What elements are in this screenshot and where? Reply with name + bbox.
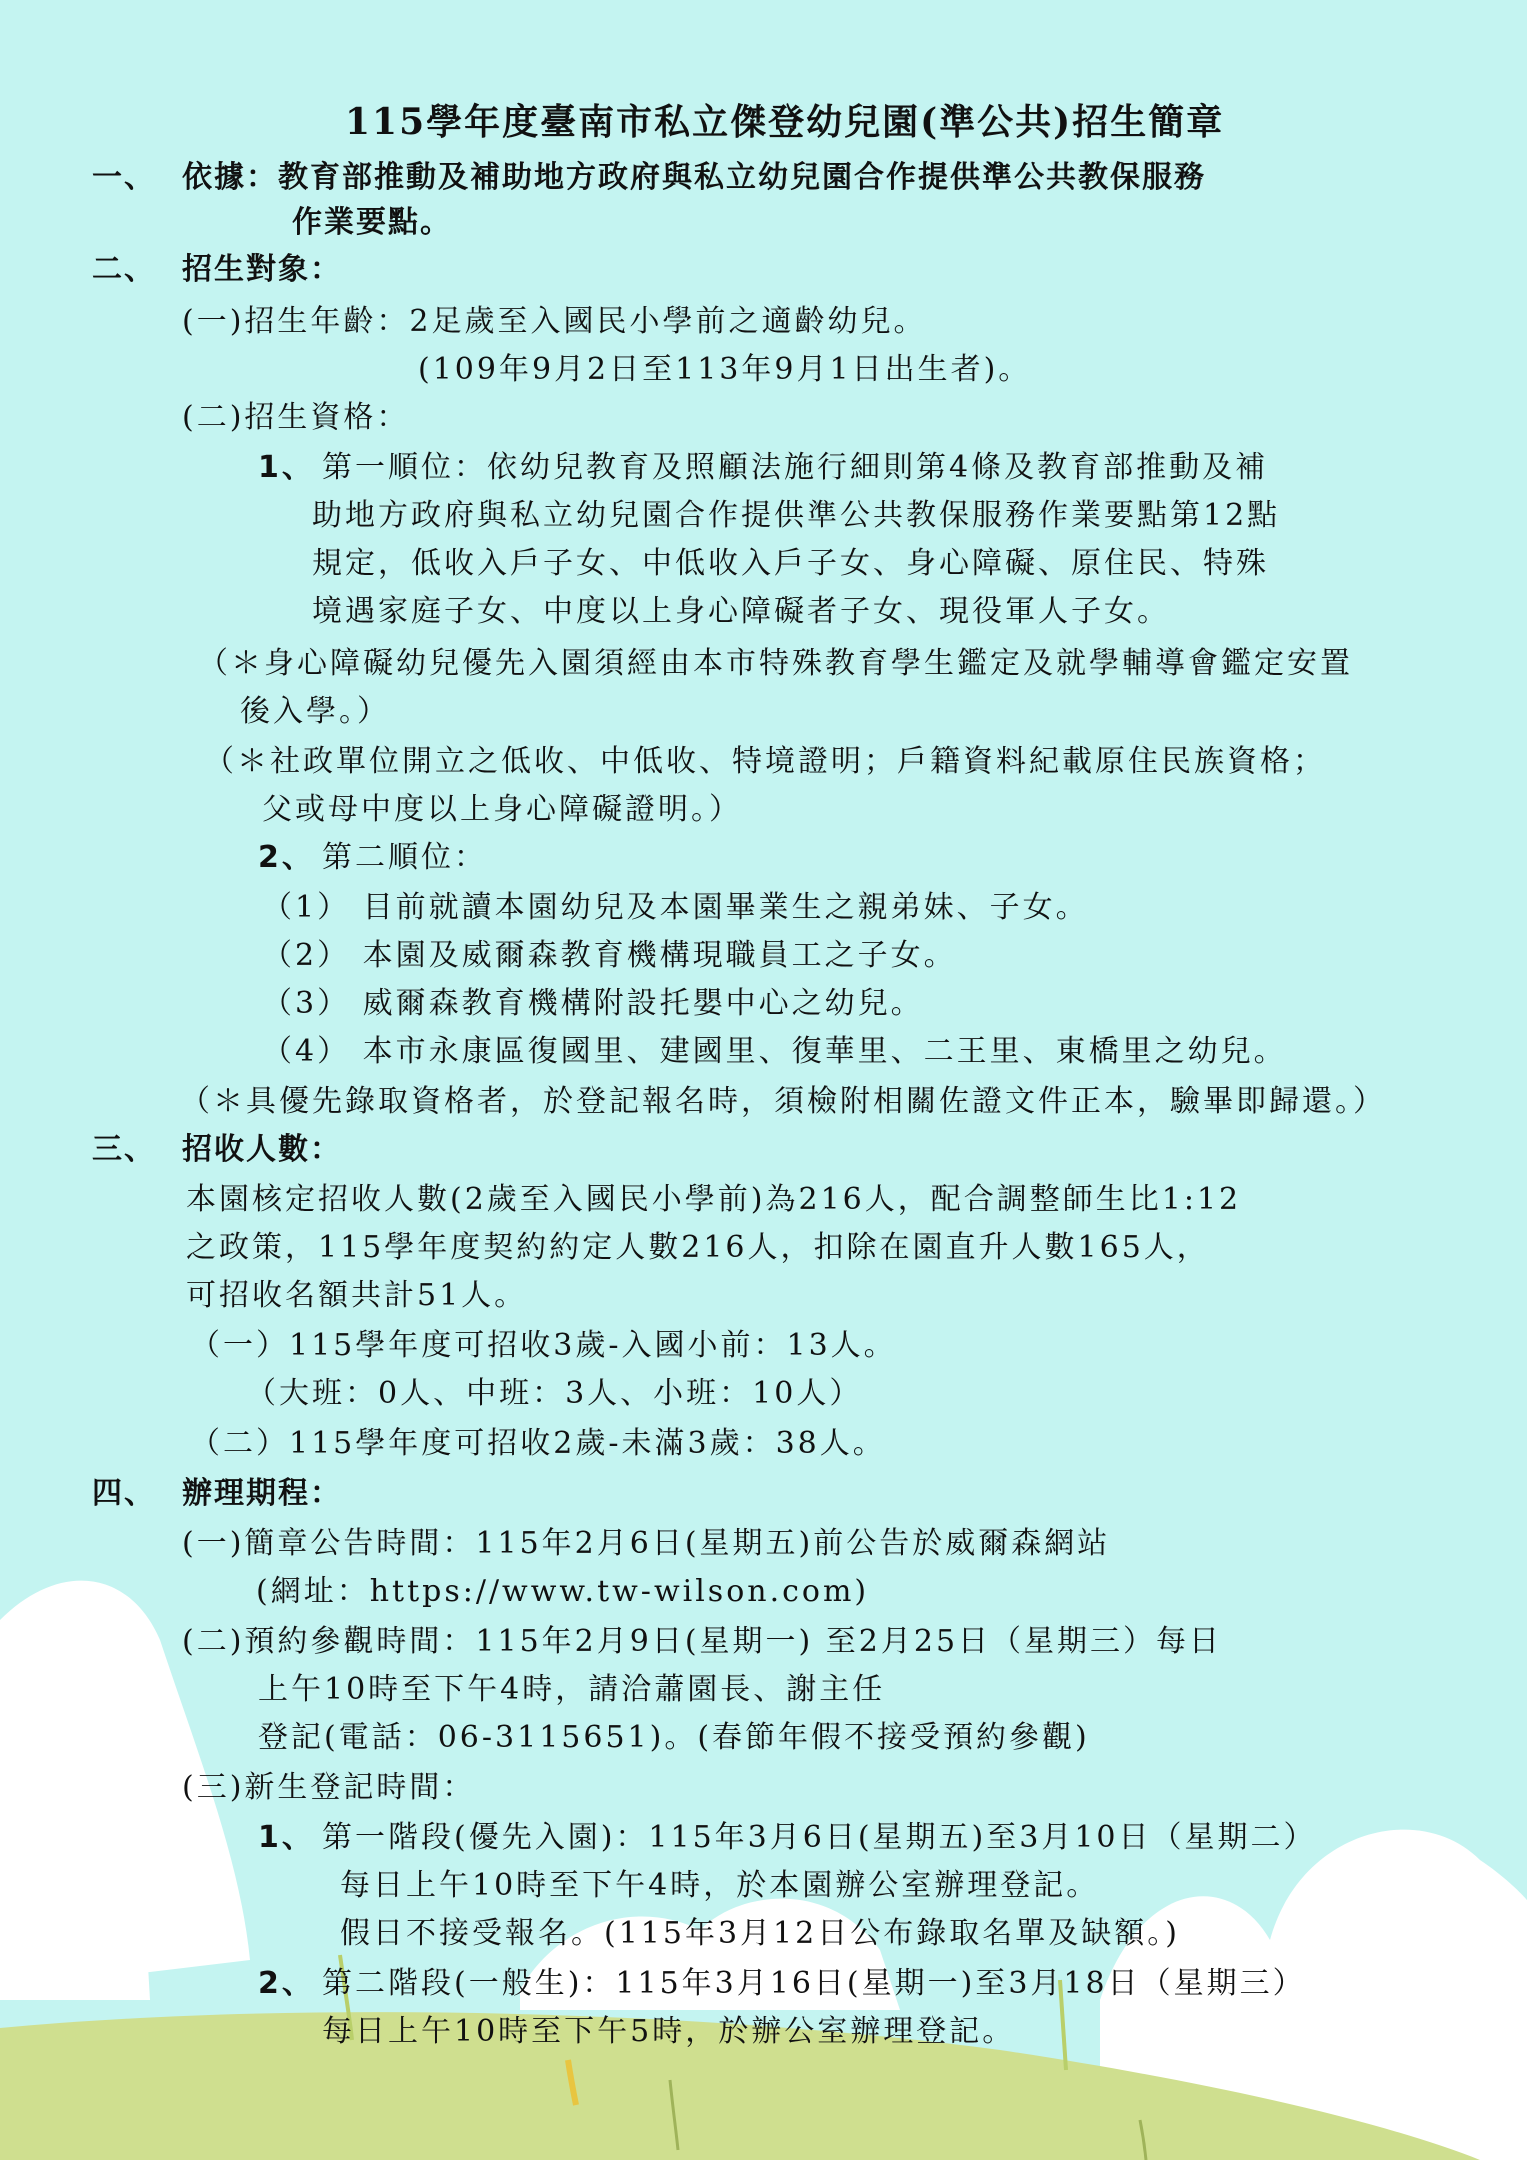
priority-1-line: 規定，低收入戶子女、中低收入戶子女、身心障礙、原住民、特殊 bbox=[312, 544, 1269, 584]
stage-1-dates: 第一階段(優先入園)：115年3月6日(星期五)至3月10日（星期二） bbox=[322, 1818, 1317, 1858]
section-4-number: 四、 bbox=[92, 1474, 156, 1514]
priority-2-number: 2、 bbox=[258, 838, 315, 878]
page-title: 115學年度臺南市私立傑登幼兒園(準公共)招生簡章 bbox=[345, 98, 1224, 146]
section-3-heading: 招收人數： bbox=[182, 1130, 342, 1170]
enrollment-age: (一)招生年齡：2足歲至入國民小學前之適齡幼兒。 bbox=[182, 302, 927, 342]
stage-1-notice: 假日不接受報名。(115年3月12日公布錄取名單及缺額。) bbox=[340, 1914, 1180, 1954]
seats-2yo: （二）115學年度可招收2歲-未滿3歲：38人。 bbox=[190, 1424, 886, 1464]
section-3-number: 三、 bbox=[92, 1130, 156, 1170]
stage-1-hours: 每日上午10時至下午4時，於本園辦公室辦理登記。 bbox=[340, 1866, 1099, 1906]
available-seats: 可招收名額共計51人。 bbox=[186, 1276, 527, 1316]
disability-note-cont: 後入學。） bbox=[240, 692, 390, 732]
capacity-line: 之政策，115學年度契約約定人數216人，扣除在園直升人數165人， bbox=[186, 1228, 1210, 1268]
visit-booking-hours: 上午10時至下午4時，請洽蕭園長、謝主任 bbox=[258, 1670, 885, 1710]
documents-note: （＊具優先錄取資格者，於登記報名時，須檢附相關佐證文件正本，驗畢即歸還。） bbox=[180, 1082, 1386, 1122]
stage-1-number: 1、 bbox=[258, 1818, 315, 1858]
visit-booking-phone: 登記(電話：06-3115651)。(春節年假不接受預約參觀) bbox=[258, 1718, 1090, 1758]
seats-3yo-breakdown: （大班：0人、中班：3人、小班：10人） bbox=[246, 1374, 862, 1414]
admission-brochure: 115學年度臺南市私立傑登幼兒園(準公共)招生簡章 一、 依據：教育部推動及補助… bbox=[0, 0, 1527, 2160]
priority-1-line: 第一順位：依幼兒教育及照顧法施行細則第4條及教育部推動及補 bbox=[322, 448, 1268, 488]
certificate-note-cont: 父或母中度以上身心障礙證明。） bbox=[262, 790, 742, 830]
stage-2-dates: 第二階段(一般生)：115年3月16日(星期一)至3月18日（星期三） bbox=[322, 1964, 1306, 2004]
priority-2-item: （3） 威爾森教育機構附設托嬰中心之幼兒。 bbox=[262, 984, 924, 1024]
announcement-date: (一)簡章公告時間：115年2月6日(星期五)前公告於威爾森網站 bbox=[182, 1524, 1110, 1564]
certificate-note: （＊社政單位開立之低收、中低收、特境證明；戶籍資料紀載原住民族資格； bbox=[204, 742, 1326, 782]
section-1-basis-cont: 作業要點。 bbox=[292, 203, 452, 243]
priority-2-item: （2） 本園及威爾森教育機構現職員工之子女。 bbox=[262, 936, 957, 976]
qualification-heading: (二)招生資格： bbox=[182, 398, 409, 438]
priority-1-line: 助地方政府與私立幼兒園合作提供準公共教保服務作業要點第12點 bbox=[312, 496, 1280, 536]
section-2-number: 二、 bbox=[92, 250, 156, 290]
priority-1-line: 境遇家庭子女、中度以上身心障礙者子女、現役軍人子女。 bbox=[312, 592, 1170, 632]
section-4-heading: 辦理期程： bbox=[182, 1474, 342, 1514]
enrollment-birthdate-range: (109年9月2日至113年9月1日出生者)。 bbox=[418, 350, 1031, 390]
priority-2-item: （4） 本市永康區復國里、建國里、復華里、二王里、東橋里之幼兒。 bbox=[262, 1032, 1287, 1072]
visit-booking-period: (二)預約參觀時間：115年2月9日(星期一) 至2月25日（星期三）每日 bbox=[182, 1622, 1222, 1662]
section-2-heading: 招生對象： bbox=[182, 250, 342, 290]
stage-2-number: 2、 bbox=[258, 1964, 315, 2004]
seats-3yo: （一）115學年度可招收3歲-入國小前：13人。 bbox=[190, 1326, 897, 1366]
website-link[interactable]: (網址：https://www.tw-wilson.com) bbox=[256, 1572, 869, 1612]
priority-1-number: 1、 bbox=[258, 448, 315, 488]
registration-heading: (三)新生登記時間： bbox=[182, 1768, 475, 1808]
section-1-basis: 依據：教育部推動及補助地方政府與私立幼兒園合作提供準公共教保服務 bbox=[182, 158, 1206, 198]
stage-2-hours: 每日上午10時至下午5時，於辦公室辦理登記。 bbox=[322, 2012, 1015, 2052]
priority-2-heading: 第二順位： bbox=[322, 838, 487, 878]
capacity-line: 本園核定招收人數(2歲至入國民小學前)為216人，配合調整師生比1:12 bbox=[186, 1180, 1241, 1220]
priority-2-item: （1） 目前就讀本園幼兒及本園畢業生之親弟妹、子女。 bbox=[262, 888, 1089, 928]
section-1-number: 一、 bbox=[92, 158, 156, 198]
disability-note: （＊身心障礙幼兒優先入園須經由本市特殊教育學生鑑定及就學輔導會鑑定安置 bbox=[198, 644, 1353, 684]
